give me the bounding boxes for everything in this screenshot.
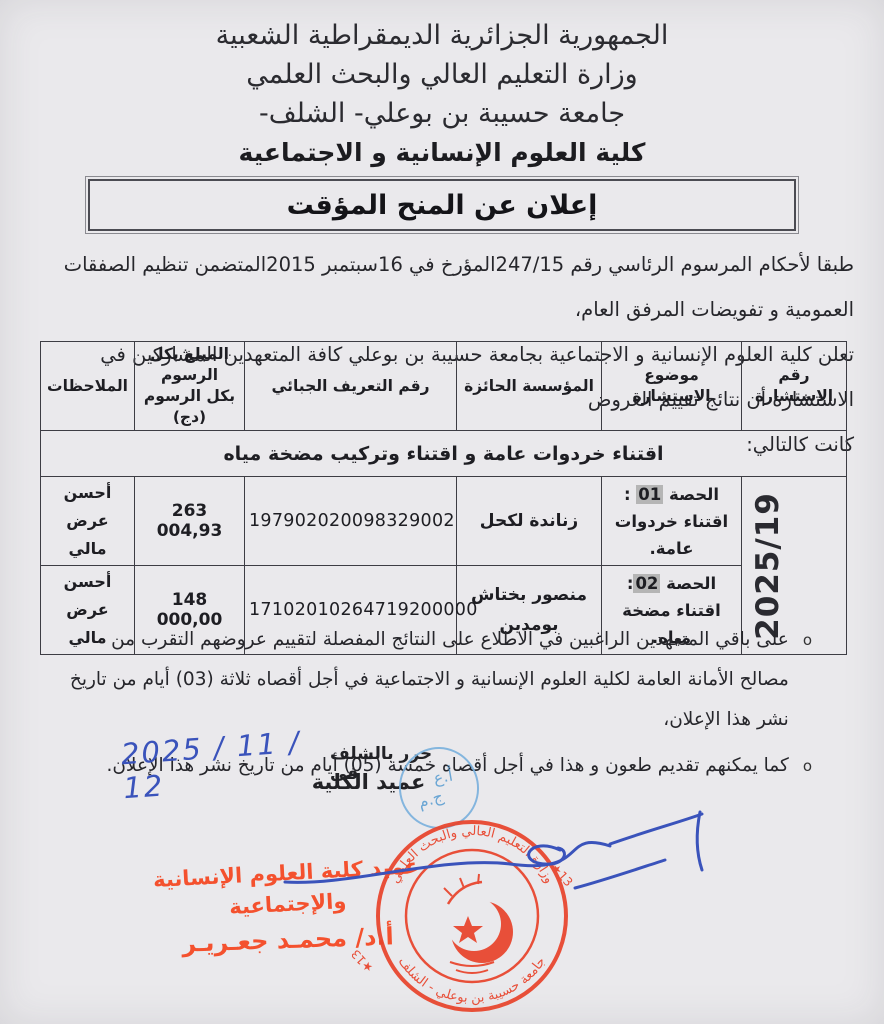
stamp-university-text: جامعة حسيبة بن بوعلي - الشلف [395, 954, 549, 1006]
lot1-number: 01 [636, 485, 663, 504]
svg-text:جامعة حسيبة بن بوعلي - الشلف: جامعة حسيبة بن بوعلي - الشلف [395, 954, 549, 1006]
stamp-mark-left: ★13 [352, 947, 376, 976]
col-notes: الملاحظات [41, 342, 135, 431]
col-consultation-subject: موضوع الاستشارة [602, 342, 742, 431]
faculty-name: كلية العلوم الإنسانية و الاجتماعية [0, 133, 884, 172]
pen-signature [260, 800, 730, 910]
list-item: o على باقي المتعهدين الراغبين في الاطلاع… [58, 620, 812, 740]
ministry-name: وزارة التعليم العالي والبحث العلمي [0, 55, 884, 94]
col-amount: المبلغ بكل الرسوم بكل الرسوم (دج) [135, 342, 245, 431]
intro-line-1: طبقا لأحكام المرسوم الرئاسي رقم 247/15ال… [26, 242, 854, 332]
table-header-row: رقم الاستشارة موضوع الاستشارة المؤسسة ال… [41, 342, 847, 431]
lot1-amount: 263 004,93 [135, 477, 245, 566]
university-name: جامعة حسيبة بن بوعلي- الشلف- [0, 94, 884, 133]
lot2-number: 02 [633, 574, 660, 593]
lot1-note: أحسن عرض مالي [41, 477, 135, 566]
lots-title-cell: اقتناء خردوات عامة و اقتناء وتركيب مضخة … [41, 431, 847, 477]
lot1-tax-id: 197902020098329002 [245, 477, 457, 566]
col-consultation-number: رقم الاستشارة [742, 342, 847, 431]
letterhead: الجمهورية الجزائرية الديمقراطية الشعبية … [0, 16, 884, 172]
bullet-marker-icon: o [803, 746, 812, 786]
lot1-institution: زناندة لكحل [457, 477, 602, 566]
table-row: 2025/19 الحصة 01 : اقتناء خردوات عامة. ز… [41, 477, 847, 566]
lots-title-row: اقتناء خردوات عامة و اقتناء وتركيب مضخة … [41, 431, 847, 477]
consultation-number: 2025/19 [750, 492, 786, 640]
notice-results-access: على باقي المتعهدين الراغبين في الاطلاع ع… [58, 620, 789, 740]
bullet-marker-icon: o [803, 620, 812, 740]
lot1-prefix: الحصة [663, 485, 719, 504]
republic-name: الجمهورية الجزائرية الديمقراطية الشعبية [0, 16, 884, 55]
results-table: رقم الاستشارة موضوع الاستشارة المؤسسة ال… [40, 341, 847, 655]
lot2-prefix: الحصة [660, 574, 716, 593]
col-amount-line1: المبلغ بكل الرسوم [139, 344, 240, 386]
blue-stamp-initials-top: أ.ع [432, 766, 454, 789]
handwritten-date: 2025 / 11 / 12 [120, 723, 334, 805]
document-title-box: إعلان عن المنح المؤقت [88, 179, 796, 231]
col-tax-id: رقم التعريف الجبائي [245, 342, 457, 431]
col-winning-institution: المؤسسة الحائزة [457, 342, 602, 431]
document-title: إعلان عن المنح المؤقت [287, 190, 598, 221]
col-amount-line2: بكل الرسوم (دج) [139, 386, 240, 428]
scanned-announcement-document: الجمهورية الجزائرية الديمقراطية الشعبية … [0, 0, 884, 1024]
